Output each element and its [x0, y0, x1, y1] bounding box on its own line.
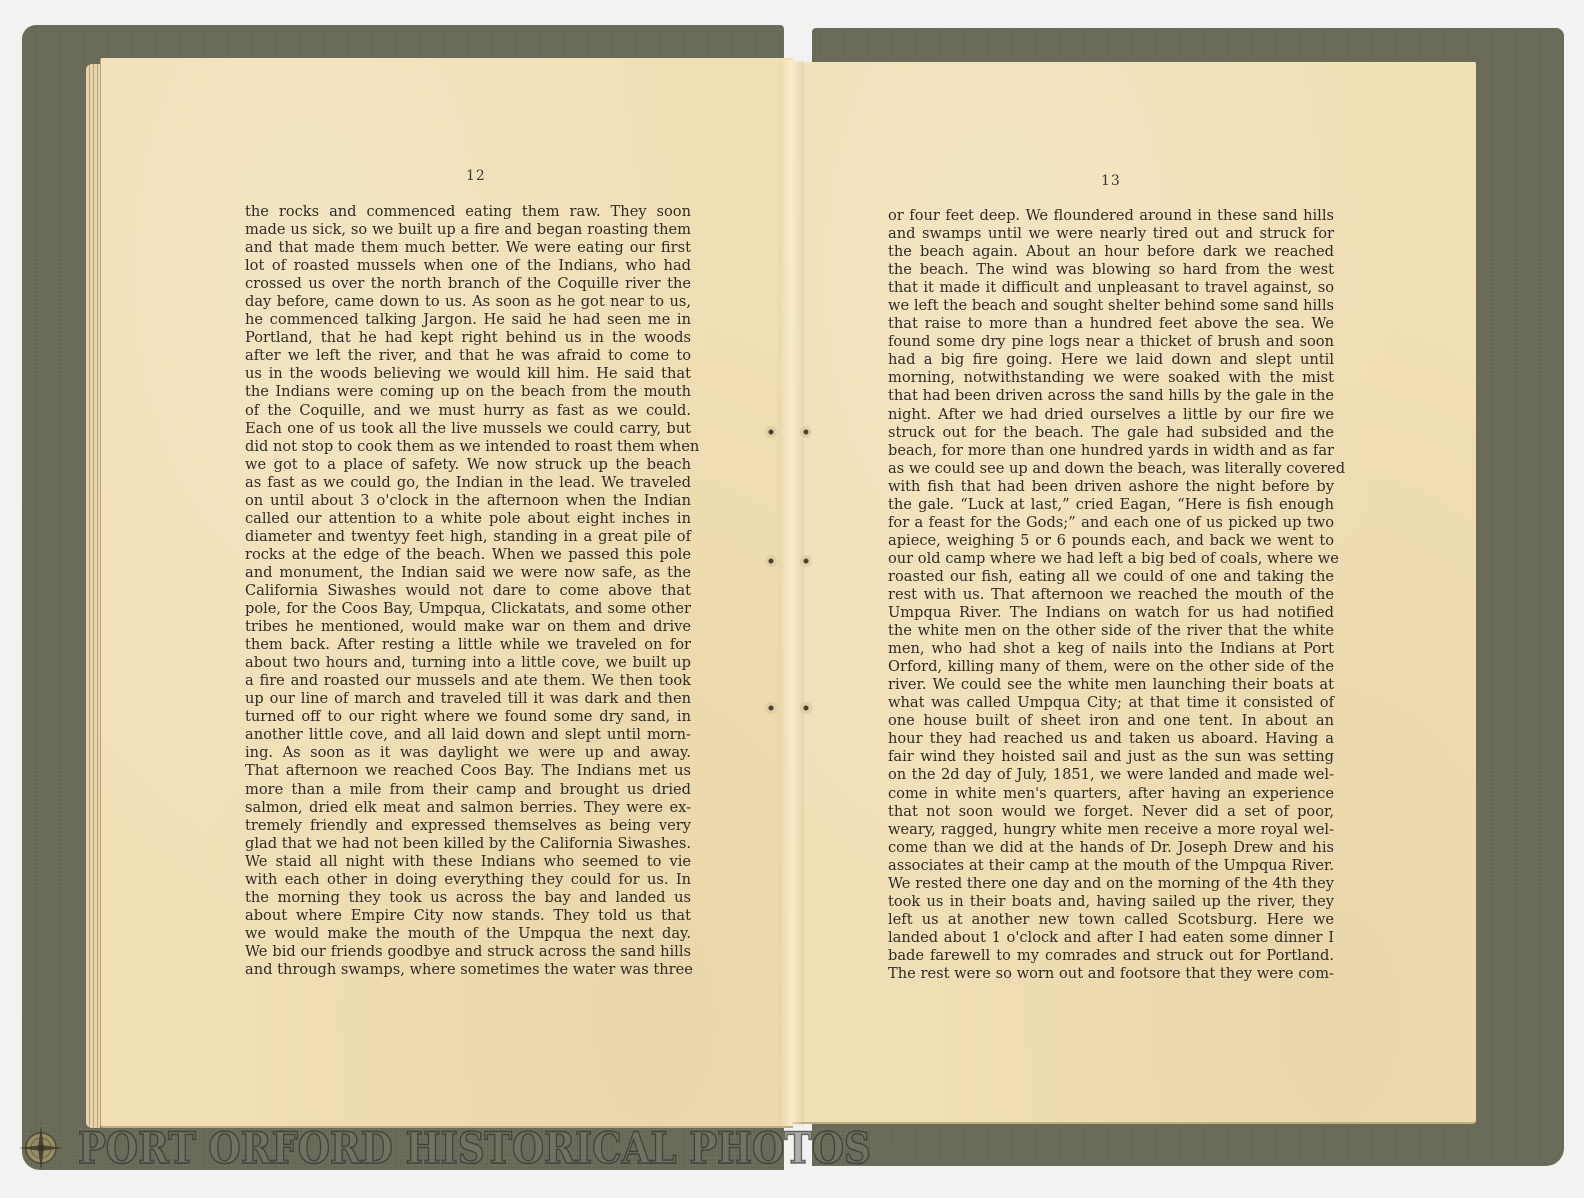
text-line: a fire and roasted our mussels and ate t…	[245, 672, 691, 690]
text-line: after we left the river, and that he was…	[245, 347, 691, 365]
page-number-left: 12	[466, 168, 486, 184]
text-line: on the 2d day of July, 1851, we were lan…	[888, 766, 1334, 784]
text-line: turned off to our right where we found s…	[245, 708, 691, 726]
text-line: with each other in doing everything they…	[245, 871, 691, 889]
text-line: took us in their boats and, having saile…	[888, 893, 1334, 911]
text-line: and swamps until we were nearly tired ou…	[888, 225, 1334, 243]
text-line: Umpqua River. The Indians on watch for u…	[888, 604, 1334, 622]
text-line: river. We could see the white men launch…	[888, 676, 1334, 694]
text-line: with fish that had been driven ashore th…	[888, 478, 1334, 496]
text-line: the gale. “Luck at last,” cried Eagan, “…	[888, 496, 1334, 514]
text-line: morning, notwithstanding we were soaked …	[888, 369, 1334, 387]
text-line: We bid our friends goodbye and struck ac…	[245, 943, 691, 961]
staple-hole-icon	[765, 702, 777, 714]
text-line: Orford, killing many of them, were on th…	[888, 658, 1334, 676]
text-line: and monument, the Indian said we were no…	[245, 564, 691, 582]
text-line: one house built of sheet iron and one te…	[888, 712, 1334, 730]
text-line: crossed us over the north branch of the …	[245, 275, 691, 293]
text-line: fair wind they hoisted sail and just as …	[888, 748, 1334, 766]
text-line: found some dry pine logs near a thicket …	[888, 333, 1334, 351]
text-line: our old camp where we had left a big bed…	[888, 550, 1334, 568]
book-gutter	[778, 60, 804, 1126]
text-line: lot of roasted mussels when one of the I…	[245, 257, 691, 275]
text-line: day before, came down to us. As soon as …	[245, 293, 691, 311]
text-line: salmon, dried elk meat and salmon berrie…	[245, 799, 691, 817]
staple-hole-icon	[765, 426, 777, 438]
staple-hole-icon	[765, 555, 777, 567]
right-page-text: or four feet deep. We floundered around …	[888, 207, 1334, 983]
text-line: the morning they took us across the bay …	[245, 889, 691, 907]
text-line: and through swamps, where sometimes the …	[245, 961, 691, 979]
text-line: about where Empire City now stands. They…	[245, 907, 691, 925]
text-line: up our line of march and traveled till i…	[245, 690, 691, 708]
text-line: roasted our fish, eating all we could of…	[888, 568, 1334, 586]
text-line: of the Coquille, and we must hurry as fa…	[245, 402, 691, 420]
text-line: hour they had reached us and taken us ab…	[888, 730, 1334, 748]
text-line: struck out for the beach. The gale had s…	[888, 424, 1334, 442]
text-line: bade farewell to my comrades and struck …	[888, 947, 1334, 965]
text-line: tremely friendly and expressed themselve…	[245, 817, 691, 835]
text-line: what was called Umpqua City; at that tim…	[888, 694, 1334, 712]
text-line: come in white men's quarters, after havi…	[888, 785, 1334, 803]
text-line: rocks at the edge of the beach. When we …	[245, 546, 691, 564]
text-line: us in the woods believing we would kill …	[245, 365, 691, 383]
text-line: men, who had shot a keg of nails into th…	[888, 640, 1334, 658]
text-line: as fast as we could go, the Indian in th…	[245, 474, 691, 492]
text-line: associates at their camp at the mouth of…	[888, 857, 1334, 875]
staple-hole-icon	[800, 555, 812, 567]
text-line: the beach. The wind was blowing so hard …	[888, 261, 1334, 279]
text-line: pole, for the Coos Bay, Umpqua, Clickata…	[245, 600, 691, 618]
text-line: come than we did at the hands of Dr. Jos…	[888, 839, 1334, 857]
text-line: night. After we had dried ourselves a li…	[888, 406, 1334, 424]
text-line: We staid all night with these Indians wh…	[245, 853, 691, 871]
text-line: the rocks and commenced eating them raw.…	[245, 203, 691, 221]
text-line: Portland, that he had kept right behind …	[245, 329, 691, 347]
text-line: made us sick, so we built up a fire and …	[245, 221, 691, 239]
text-line: for a feast for the Gods;” and each one …	[888, 514, 1334, 532]
text-line: on until about 3 o'clock in the afternoo…	[245, 492, 691, 510]
text-line: that not soon would we forget. Never did…	[888, 803, 1334, 821]
left-page-text: the rocks and commenced eating them raw.…	[245, 203, 691, 979]
staple-hole-icon	[800, 426, 812, 438]
text-line: the beach again. About an hour before da…	[888, 243, 1334, 261]
text-line: called our attention to a white pole abo…	[245, 510, 691, 528]
text-line: he commenced talking Jargon. He said he …	[245, 311, 691, 329]
text-line: that it made it difficult and unpleasant…	[888, 279, 1334, 297]
text-line: diameter and twentyy feet high, standing…	[245, 528, 691, 546]
text-line: we got to a place of safety. We now stru…	[245, 456, 691, 474]
text-line: Each one of us took all the live mussels…	[245, 420, 691, 438]
text-line: We rested there one day and on the morni…	[888, 875, 1334, 893]
text-line: or four feet deep. We floundered around …	[888, 207, 1334, 225]
text-line: weary, ragged, hungry white men receive …	[888, 821, 1334, 839]
compass-rose-icon	[17, 1124, 65, 1172]
text-line: as we could see up and down the beach, w…	[888, 460, 1334, 478]
text-line: California Siwashes would not dare to co…	[245, 582, 691, 600]
page-stack-edges	[86, 64, 100, 1128]
staple-hole-icon	[800, 702, 812, 714]
watermark-text: PORT ORFORD HISTORICAL PHOTOS	[78, 1124, 871, 1174]
text-line: glad that we had not been killed by the …	[245, 835, 691, 853]
text-line: the white men on the other side of the r…	[888, 622, 1334, 640]
text-line: the Indians were coming up on the beach …	[245, 383, 691, 401]
text-line: about two hours and, turning into a litt…	[245, 654, 691, 672]
text-line: apiece, weighing 5 or 6 pounds each, and…	[888, 532, 1334, 550]
text-line: that had been driven across the sand hil…	[888, 387, 1334, 405]
text-line: The rest were so worn out and footsore t…	[888, 965, 1334, 983]
text-line: did not stop to cook them as we intended…	[245, 438, 691, 456]
text-line: we left the beach and sought shelter beh…	[888, 297, 1334, 315]
text-line: ing. As soon as it was daylight we were …	[245, 744, 691, 762]
text-line: tribes he mentioned, would make war on t…	[245, 618, 691, 636]
text-line: another little cove, and all laid down a…	[245, 726, 691, 744]
text-line: had a big fire going. Here we laid down …	[888, 351, 1334, 369]
cover-tear-notch	[784, 24, 812, 62]
text-line: That afternoon we reached Coos Bay. The …	[245, 762, 691, 780]
text-line: landed about 1 o'clock and after I had e…	[888, 929, 1334, 947]
page-number-right: 13	[1101, 173, 1121, 189]
text-line: left us at another new town called Scots…	[888, 911, 1334, 929]
text-line: we would make the mouth of the Umpqua th…	[245, 925, 691, 943]
text-line: and that made them much better. We were …	[245, 239, 691, 257]
text-line: more than a mile from their camp and bro…	[245, 781, 691, 799]
text-line: rest with us. That afternoon we reached …	[888, 586, 1334, 604]
text-line: them back. After resting a little while …	[245, 636, 691, 654]
text-line: that raise to more than a hundred feet a…	[888, 315, 1334, 333]
text-line: beach, for more than one hundred yards i…	[888, 442, 1334, 460]
